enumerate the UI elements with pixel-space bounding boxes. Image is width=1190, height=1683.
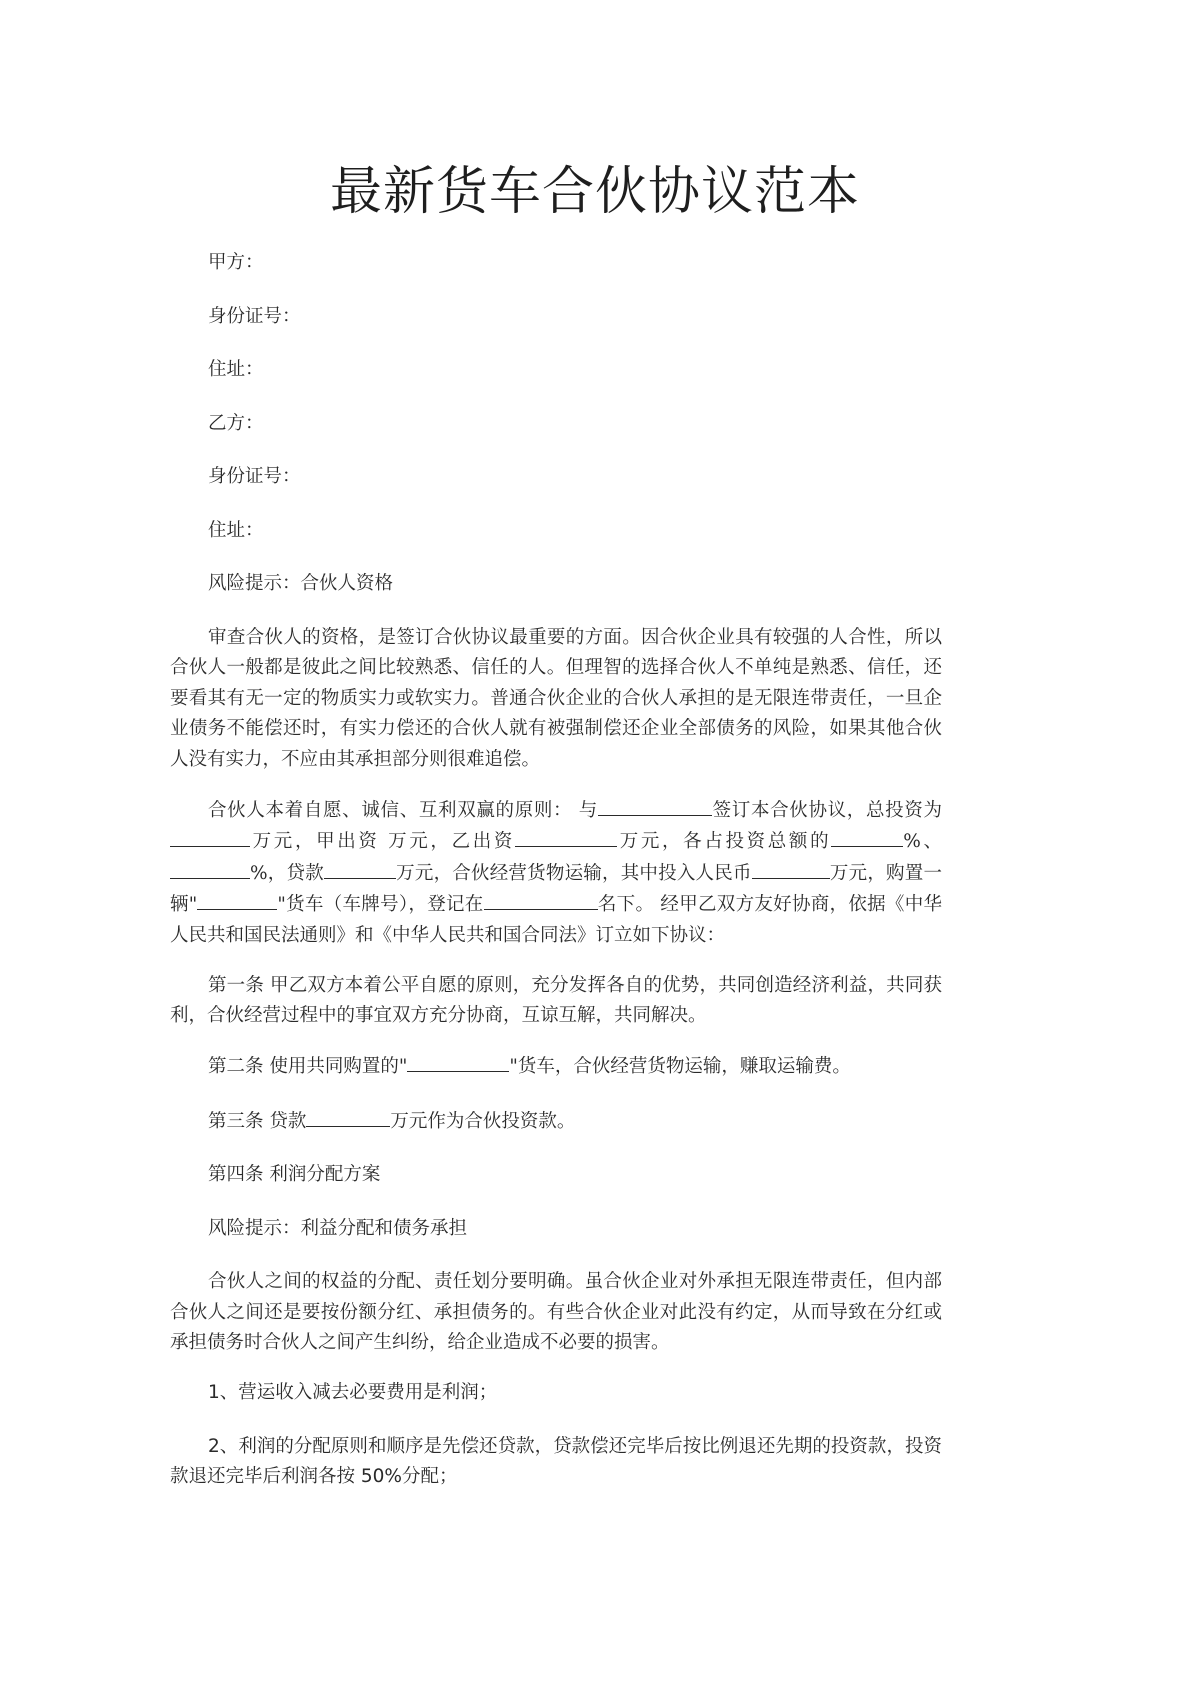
party-a-address-field: 住址： <box>170 355 942 386</box>
text: %，贷款 <box>250 863 324 884</box>
blank-truck-name <box>407 1051 509 1072</box>
party-a-field: 甲方： <box>170 248 942 279</box>
blank-total-investment <box>170 826 250 847</box>
paragraph-principles: 合伙人本着自愿、诚信、互利双赢的原则： 与签订本合伙协议，总投资为万元，甲出资 … <box>170 795 942 952</box>
item-number: 1 <box>208 1382 220 1403</box>
blank-b-percent <box>170 858 250 879</box>
text: 签订本合伙协议，总投资为 <box>712 800 942 821</box>
paragraph-qualification: 审查合伙人的资格，是签订合伙协议最重要的方面。因合伙企业具有较强的人合性，所以合… <box>170 623 942 776</box>
party-b-id-field: 身份证号： <box>170 462 942 493</box>
text: 万元，各占投资总额的 <box>617 831 831 852</box>
text: 万元，合伙经营货物运输，其中投入人民币 <box>396 863 752 884</box>
text: 、利润的分配原则和顺序是先偿还贷款，贷款偿还完毕后按比例退还先期的投资款，投资款… <box>170 1436 942 1488</box>
party-a-id-field: 身份证号： <box>170 302 942 333</box>
item-2: 2、利润的分配原则和顺序是先偿还贷款，贷款偿还完毕后按比例退还先期的投资款，投资… <box>170 1432 942 1493</box>
text: "货车（车牌号），登记在 <box>277 894 483 915</box>
percent-value: 50% <box>361 1466 402 1487</box>
text: %、 <box>903 831 942 852</box>
blank-rmb-amount <box>752 858 830 879</box>
document-body: 甲方： 身份证号： 住址： 乙方： 身份证号： 住址： 风险提示：合伙人资格 审… <box>170 248 942 1512</box>
risk-tip-distribution: 风险提示：利益分配和债务承担 <box>170 1214 942 1245</box>
blank-loan-amount <box>306 1106 390 1127</box>
article-4: 第四条 利润分配方案 <box>170 1160 942 1191</box>
blank-partner <box>598 795 712 816</box>
text: 第三条 贷款 <box>208 1111 306 1132</box>
blank-registered-owner <box>484 889 598 910</box>
risk-tip-qualification: 风险提示：合伙人资格 <box>170 569 942 600</box>
item-1: 1、营运收入减去必要费用是利润； <box>170 1378 942 1409</box>
document-title: 最新货车合伙协议范本 <box>0 160 1190 224</box>
document-page: 最新货车合伙协议范本 甲方： 身份证号： 住址： 乙方： 身份证号： 住址： 风… <box>0 0 1190 1683</box>
blank-b-investment <box>515 826 617 847</box>
article-2: 第二条 使用共同购置的""货车，合伙经营货物运输，赚取运输费。 <box>170 1051 942 1083</box>
text: 万元作为合伙投资款。 <box>390 1111 575 1132</box>
article-3: 第三条 贷款万元作为合伙投资款。 <box>170 1106 942 1138</box>
text: 、营运收入减去必要费用是利润； <box>220 1382 498 1403</box>
blank-loan <box>324 858 396 879</box>
text: "货车，合伙经营货物运输，赚取运输费。 <box>509 1056 851 1077</box>
party-b-field: 乙方： <box>170 409 942 440</box>
paragraph-distribution: 合伙人之间的权益的分配、责任划分要明确。虽合伙企业对外承担无限连带责任，但内部合… <box>170 1267 942 1359</box>
article-1: 第一条 甲乙双方本着公平自愿的原则，充分发挥各自的优势，共同创造经济利益，共同获… <box>170 971 942 1032</box>
blank-a-percent <box>831 826 903 847</box>
text: 第二条 使用共同购置的" <box>208 1056 407 1077</box>
item-number: 2 <box>208 1436 220 1457</box>
blank-truck <box>197 889 277 910</box>
party-b-address-field: 住址： <box>170 516 942 547</box>
text: 分配； <box>402 1466 458 1487</box>
text: 万元，甲出资 万元，乙出资 <box>250 831 515 852</box>
text: 合伙人本着自愿、诚信、互利双赢的原则： 与 <box>208 800 598 821</box>
